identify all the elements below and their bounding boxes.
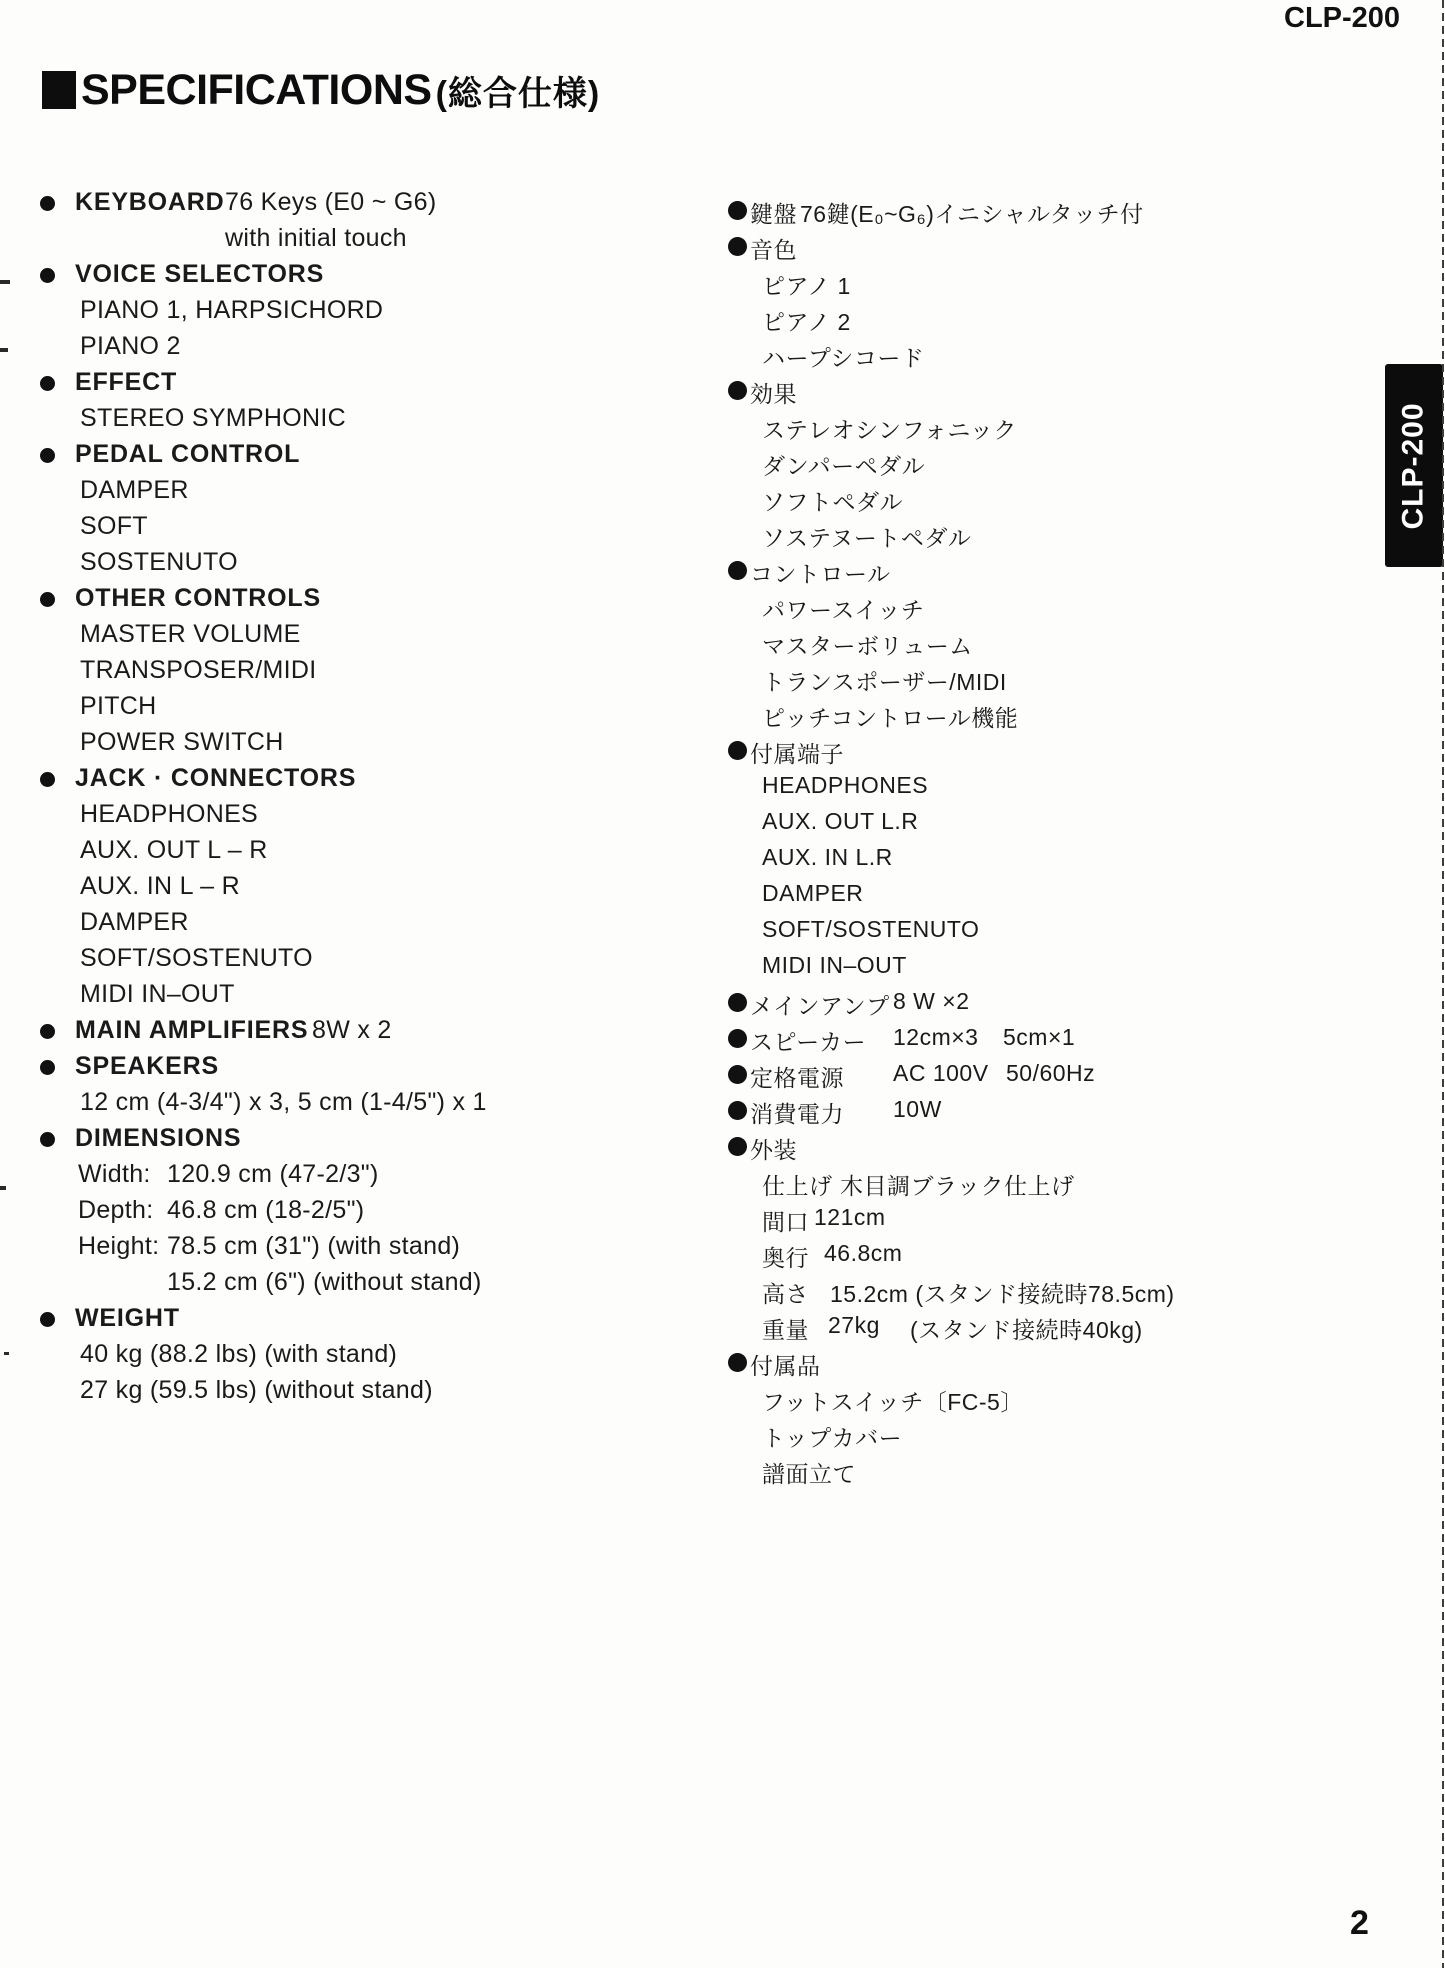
spec-row: 27 kg (59.5 lbs) (without stand) [40, 1376, 700, 1412]
spec-text: 間口 [762, 1204, 809, 1237]
spec-text: SPEAKERS [75, 1052, 219, 1081]
spec-text: MIDI IN–OUT [80, 980, 235, 1009]
spec-text: 重量 [762, 1312, 809, 1345]
spec-text: DAMPER [80, 476, 189, 505]
bullet-icon [728, 993, 747, 1012]
spec-text: 12 cm (4-3/4") x 3, 5 cm (1-4/5") x 1 [80, 1088, 487, 1117]
spec-row: スピーカー12cm×35cm×1 [728, 1024, 1388, 1060]
spec-text: 46.8 cm (18-2/5") [167, 1196, 364, 1225]
bullet-icon [728, 1353, 747, 1372]
title-square-icon [42, 71, 76, 109]
spec-text: 5cm×1 [1003, 1024, 1075, 1051]
bullet-icon [40, 268, 55, 283]
spec-row: 外装 [728, 1132, 1388, 1168]
spec-row: SOSTENUTO [40, 548, 700, 584]
spec-text: ピアノ 2 [762, 304, 851, 337]
spec-row: ダンパーペダル [728, 448, 1388, 484]
spec-text: Depth: [78, 1196, 153, 1225]
spec-row: PIANO 1, HARPSICHORD [40, 296, 700, 332]
spec-row: 鍵盤76鍵(E₀~G₆)イニシャルタッチ付 [728, 196, 1388, 232]
bullet-icon [728, 237, 747, 256]
spec-text: 27 kg (59.5 lbs) (without stand) [80, 1376, 433, 1405]
spec-text: DAMPER [80, 908, 189, 937]
spec-row: HEADPHONES [40, 800, 700, 836]
spec-text: 27kg [828, 1312, 880, 1339]
bullet-icon [40, 1024, 55, 1039]
spec-text: 音色 [750, 232, 797, 265]
spec-text: 効果 [750, 376, 797, 409]
spec-row: SOFT/SOSTENUTO [728, 916, 1388, 952]
bullet-icon [40, 1312, 55, 1327]
spec-text: 12cm×3 [893, 1024, 978, 1051]
spec-row: ソステヌートペダル [728, 520, 1388, 556]
spec-row: AUX. IN L – R [40, 872, 700, 908]
spec-text: AUX. IN L.R [762, 844, 893, 871]
spec-row: ソフトペダル [728, 484, 1388, 520]
spec-row: 高さ15.2cm (スタンド接続時78.5cm) [728, 1276, 1388, 1312]
spec-text: SOFT/SOSTENUTO [80, 944, 313, 973]
spec-row: マスターボリューム [728, 628, 1388, 664]
spec-row: トランスポーザー/MIDI [728, 664, 1388, 700]
spec-row: 譜面立て [728, 1456, 1388, 1492]
spec-row: POWER SWITCH [40, 728, 700, 764]
spec-row: TRANSPOSER/MIDI [40, 656, 700, 692]
spec-text: VOICE SELECTORS [75, 260, 324, 289]
spec-text: ピッチコントロール機能 [762, 700, 1018, 733]
spec-row: ピアノ 2 [728, 304, 1388, 340]
spec-row: 音色 [728, 232, 1388, 268]
spec-text: SOSTENUTO [80, 548, 238, 577]
spec-text: AC 100V [893, 1060, 989, 1087]
spec-text: メインアンプ [750, 988, 890, 1021]
bullet-icon [40, 592, 55, 607]
spec-text: 8 W ×2 [893, 988, 970, 1015]
spec-text: 8W x 2 [312, 1016, 392, 1045]
scan-speck [4, 1352, 9, 1355]
spec-row: EFFECT [40, 368, 700, 404]
spec-text: 定格電源 [750, 1060, 844, 1093]
spec-text: 76 Keys (E0 ~ G6) [225, 188, 436, 217]
bullet-icon [728, 561, 747, 580]
spec-text: MIDI IN–OUT [762, 952, 907, 979]
spec-text: (スタンド接続時40kg) [910, 1312, 1143, 1345]
spec-text: Width: [78, 1160, 151, 1189]
spec-text: OTHER CONTROLS [75, 584, 321, 613]
side-index-tab: CLP-200 [1385, 364, 1443, 567]
spec-row: フットスイッチ〔FC-5〕 [728, 1384, 1388, 1420]
spec-text: マスターボリューム [762, 628, 973, 661]
spec-text: フットスイッチ〔FC-5〕 [762, 1384, 1024, 1417]
spec-row: JACK · CONNECTORS [40, 764, 700, 800]
spec-row: DAMPER [40, 476, 700, 512]
spec-text: 鍵盤 [750, 196, 797, 229]
spec-text: トップカバー [762, 1420, 902, 1453]
spec-row: 重量27kg(スタンド接続時40kg) [728, 1312, 1388, 1348]
spec-row: 付属品 [728, 1348, 1388, 1384]
spec-text: PEDAL CONTROL [75, 440, 300, 469]
spec-row: PIANO 2 [40, 332, 700, 368]
spec-text: POWER SWITCH [80, 728, 284, 757]
spec-text: 78.5 cm (31") (with stand) [167, 1232, 460, 1261]
spec-text: AUX. OUT L – R [80, 836, 268, 865]
spec-row: 間口121cm [728, 1204, 1388, 1240]
spec-text: 50/60Hz [1006, 1060, 1095, 1087]
bullet-icon [728, 1029, 747, 1048]
spec-text: WEIGHT [75, 1304, 180, 1333]
spec-row: Height:78.5 cm (31") (with stand) [40, 1232, 700, 1268]
spec-text: ステレオシンフォニック [762, 412, 1017, 445]
spec-text: 外装 [750, 1132, 797, 1165]
spec-row: 消費電力10W [728, 1096, 1388, 1132]
spec-text: 付属品 [750, 1348, 821, 1381]
spec-row: HEADPHONES [728, 772, 1388, 808]
spec-text: SOFT/SOSTENUTO [762, 916, 979, 943]
spec-text: 10W [893, 1096, 942, 1123]
spec-text: DIMENSIONS [75, 1124, 241, 1153]
spec-text: EFFECT [75, 368, 177, 397]
spec-text: 高さ [762, 1276, 809, 1309]
spec-row: STEREO SYMPHONIC [40, 404, 700, 440]
bullet-icon [728, 1065, 747, 1084]
spec-text: 15.2cm (スタンド接続時78.5cm) [830, 1276, 1175, 1309]
spec-row: ピッチコントロール機能 [728, 700, 1388, 736]
spec-text: JACK · CONNECTORS [75, 764, 356, 793]
scan-edge-dashed-line [1442, 0, 1444, 1968]
spec-row: MAIN AMPLIFIERS8W x 2 [40, 1016, 700, 1052]
page-title-en: SPECIFICATIONS [81, 66, 432, 115]
spec-text: Height: [78, 1232, 159, 1261]
bullet-icon [728, 381, 747, 400]
spec-row: パワースイッチ [728, 592, 1388, 628]
spec-text: DAMPER [762, 880, 863, 907]
side-tab-label: CLP-200 [1397, 402, 1431, 529]
spec-row: 効果 [728, 376, 1388, 412]
spec-row: SOFT [40, 512, 700, 548]
spec-text: ハープシコード [762, 340, 924, 373]
spec-text: HEADPHONES [80, 800, 258, 829]
spec-text: KEYBOARD [75, 188, 224, 217]
spec-text: 奥行 [762, 1240, 809, 1273]
spec-row: MIDI IN–OUT [40, 980, 700, 1016]
page-title-jp: (総合仕様) [436, 66, 601, 115]
spec-row: WEIGHT [40, 1304, 700, 1340]
spec-row: DAMPER [728, 880, 1388, 916]
bullet-icon [40, 772, 55, 787]
spec-row: メインアンプ8 W ×2 [728, 988, 1388, 1024]
spec-text: TRANSPOSER/MIDI [80, 656, 316, 685]
spec-text: ソステヌートペダル [762, 520, 971, 553]
bullet-icon [40, 376, 55, 391]
spec-text: AUX. IN L – R [80, 872, 240, 901]
spec-row: Width:120.9 cm (47-2/3") [40, 1160, 700, 1196]
spec-text: 木目調ブラック仕上げ [840, 1168, 1075, 1201]
bullet-icon [728, 1137, 747, 1156]
spec-text: MAIN AMPLIFIERS [75, 1016, 308, 1045]
bullet-icon [728, 201, 747, 220]
spec-text: AUX. OUT L.R [762, 808, 918, 835]
spec-text: HEADPHONES [762, 772, 928, 799]
spec-row: with initial touch [40, 224, 700, 260]
spec-text: 120.9 cm (47-2/3") [167, 1160, 379, 1189]
spec-row: SOFT/SOSTENUTO [40, 944, 700, 980]
spec-row: 12 cm (4-3/4") x 3, 5 cm (1-4/5") x 1 [40, 1088, 700, 1124]
spec-row: 40 kg (88.2 lbs) (with stand) [40, 1340, 700, 1376]
page-number: 2 [1350, 1904, 1369, 1943]
spec-text: 46.8cm [824, 1240, 902, 1267]
spec-text: PITCH [80, 692, 157, 721]
spec-text: 76鍵(E₀~G₆)イニシャルタッチ付 [800, 196, 1144, 229]
spec-row: AUX. IN L.R [728, 844, 1388, 880]
spec-row: 定格電源AC 100V50/60Hz [728, 1060, 1388, 1096]
page-title: SPECIFICATIONS (総合仕様) [42, 64, 600, 116]
bullet-icon [40, 196, 55, 211]
spec-row: DAMPER [40, 908, 700, 944]
scan-speck [0, 1186, 6, 1190]
spec-text: SOFT [80, 512, 148, 541]
bullet-icon [40, 1132, 55, 1147]
spec-text: 譜面立て [762, 1456, 856, 1489]
spec-text: 付属端子 [750, 736, 844, 769]
spec-text: MASTER VOLUME [80, 620, 301, 649]
spec-row: SPEAKERS [40, 1052, 700, 1088]
spec-row: MIDI IN–OUT [728, 952, 1388, 988]
spec-text: 121cm [814, 1204, 886, 1231]
bullet-icon [40, 1060, 55, 1075]
doc-code: CLP-200 [1284, 2, 1400, 35]
spec-row: MASTER VOLUME [40, 620, 700, 656]
spec-row: PITCH [40, 692, 700, 728]
spec-text: 40 kg (88.2 lbs) (with stand) [80, 1340, 397, 1369]
spec-row: AUX. OUT L.R [728, 808, 1388, 844]
spec-row: AUX. OUT L – R [40, 836, 700, 872]
spec-text: STEREO SYMPHONIC [80, 404, 346, 433]
spec-text: ソフトペダル [762, 484, 903, 517]
spec-row: ピアノ 1 [728, 268, 1388, 304]
spec-text: PIANO 1, HARPSICHORD [80, 296, 383, 325]
spec-row: Depth:46.8 cm (18-2/5") [40, 1196, 700, 1232]
spec-row: コントロール [728, 556, 1388, 592]
spec-text: トランスポーザー/MIDI [762, 664, 1007, 697]
spec-row: 奥行46.8cm [728, 1240, 1388, 1276]
bullet-icon [40, 448, 55, 463]
spec-text: ピアノ 1 [762, 268, 851, 301]
spec-text: コントロール [750, 556, 891, 589]
spec-row: ステレオシンフォニック [728, 412, 1388, 448]
spec-row: PEDAL CONTROL [40, 440, 700, 476]
spec-row: DIMENSIONS [40, 1124, 700, 1160]
spec-text: 仕上げ [762, 1168, 833, 1201]
spec-row: 15.2 cm (6") (without stand) [40, 1268, 700, 1304]
spec-row: 仕上げ木目調ブラック仕上げ [728, 1168, 1388, 1204]
scan-speck [0, 280, 10, 284]
manual-page: CLP-200 SPECIFICATIONS (総合仕様) KEYBOARD76… [0, 0, 1445, 1968]
spec-row: OTHER CONTROLS [40, 584, 700, 620]
spec-row: KEYBOARD76 Keys (E0 ~ G6) [40, 188, 700, 224]
bullet-icon [728, 1101, 747, 1120]
spec-text: PIANO 2 [80, 332, 181, 361]
scan-speck [0, 348, 8, 352]
spec-row: ハープシコード [728, 340, 1388, 376]
spec-text: パワースイッチ [762, 592, 924, 625]
spec-row: 付属端子 [728, 736, 1388, 772]
spec-text: ダンパーペダル [762, 448, 925, 481]
spec-text: 消費電力 [750, 1096, 844, 1129]
spec-text: 15.2 cm (6") (without stand) [167, 1268, 482, 1297]
spec-row: トップカバー [728, 1420, 1388, 1456]
spec-text: スピーカー [750, 1024, 866, 1057]
spec-text: with initial touch [225, 224, 407, 253]
bullet-icon [728, 741, 747, 760]
spec-row: VOICE SELECTORS [40, 260, 700, 296]
